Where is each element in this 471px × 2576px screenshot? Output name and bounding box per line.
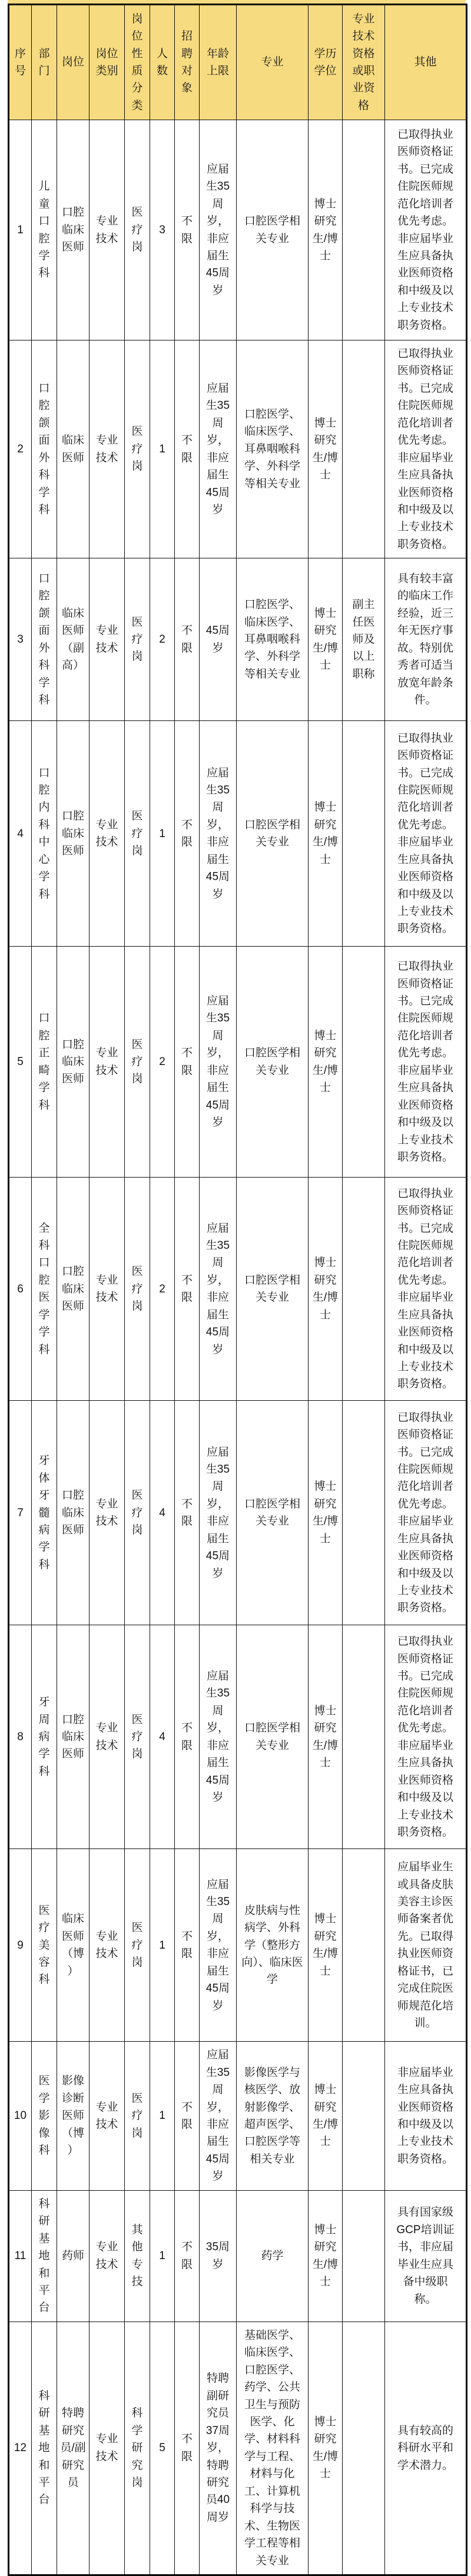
cell-target: 不限: [175, 2322, 200, 2575]
cell-post: 药师: [57, 2190, 89, 2322]
cell-qual: [343, 2042, 385, 2191]
header-cell-nature: 岗位性质分类: [125, 5, 150, 120]
cell-post: 特聘研究员/副研究员: [57, 2322, 89, 2575]
cell-nature: 医疗岗: [125, 721, 150, 947]
cell-dept: 口腔正畸学科: [32, 947, 57, 1178]
cell-dept: 牙周病学科: [32, 1625, 57, 1849]
cell-degree: 博士研究生/博士: [309, 721, 343, 947]
cell-other: 具有国家级GCP培训证书，非应届毕业生应具备中级职称。: [385, 2190, 467, 2322]
cell-major: 口腔医学相关专业: [237, 1625, 309, 1849]
cell-count: 4: [150, 1401, 175, 1625]
cell-dept: 全科口腔医学学科: [32, 1178, 57, 1401]
cell-age: 应届生35周岁，非应届生45周岁: [200, 340, 237, 558]
cell-count: 1: [150, 1849, 175, 2042]
cell-major: 口腔医学、临床医学、耳鼻咽喉科学、外科学等相关专业: [237, 558, 309, 721]
cell-major: 口腔医学相关专业: [237, 721, 309, 947]
cell-post: 口腔临床医师: [57, 947, 89, 1178]
table-row: 1 儿童口腔学科 口腔临床医师 专业技术 医疗岗 3 不限 应届生35周岁，非应…: [9, 120, 467, 340]
cell-nature: 医疗岗: [125, 1401, 150, 1625]
cell-degree: 博士研究生/博士: [309, 340, 343, 558]
cell-nature: 医疗岗: [125, 1849, 150, 2042]
header-cell-dept: 部门: [32, 5, 57, 120]
cell-post: 临床医师: [57, 340, 89, 558]
cell-other: 已取得执业医师资格证书。已完成住院医师规范化培训者优先考虑。非应届毕业生应具备执…: [385, 120, 467, 340]
table-row: 5 口腔正畸学科 口腔临床医师 专业技术 医疗岗 2 不限 应届生35周岁，非应…: [9, 947, 467, 1178]
cell-age: 35周岁: [200, 2190, 237, 2322]
cell-qual: [343, 1625, 385, 1849]
cell-count: 4: [150, 1625, 175, 1849]
cell-category: 专业技术: [89, 2042, 125, 2191]
cell-qual: [343, 2190, 385, 2322]
cell-no: 8: [9, 1625, 32, 1849]
cell-nature: 医疗岗: [125, 947, 150, 1178]
cell-category: 专业技术: [89, 1625, 125, 1849]
cell-nature: 科学研究岗: [125, 2322, 150, 2575]
cell-other: 应届毕业生或具备皮肤美容主诊医师备案者优先。已取得执业医师资格证书，已完成住院医…: [385, 1849, 467, 2042]
cell-target: 不限: [175, 340, 200, 558]
table-row: 3 口腔颌面外科学科 临床医师（副高） 专业技术 医疗岗 2 不限 45周岁 口…: [9, 558, 467, 721]
cell-count: 2: [150, 558, 175, 721]
cell-qual: 副主任医师及以上职称: [343, 558, 385, 721]
cell-age: 应届生35周岁，非应届生45周岁: [200, 1625, 237, 1849]
cell-post: 口腔临床医师: [57, 120, 89, 340]
cell-age: 应届生35周岁，非应届生45周岁: [200, 1401, 237, 1625]
cell-no: 12: [9, 2322, 32, 2575]
cell-category: 专业技术: [89, 558, 125, 721]
cell-post: 影像诊断医师（博）: [57, 2042, 89, 2191]
cell-degree: 博士研究生/博士: [309, 1401, 343, 1625]
cell-age: 应届生35周岁，非应届生45周岁: [200, 721, 237, 947]
cell-qual: [343, 120, 385, 340]
table-row: 12 科研基地和平台 特聘研究员/副研究员 专业技术 科学研究岗 5 不限 特聘…: [9, 2322, 467, 2575]
cell-post: 口腔临床医师: [57, 1401, 89, 1625]
cell-no: 6: [9, 1178, 32, 1401]
cell-category: 专业技术: [89, 1849, 125, 2042]
cell-count: 2: [150, 1178, 175, 1401]
cell-degree: 博士研究生/博士: [309, 120, 343, 340]
recruitment-sheet: 序号 部门 岗位 岗位类别 岗位性质分类 人数 招聘对象 年龄上限 专业 学历学…: [0, 0, 471, 2576]
cell-other: 非应届毕业生应具备执业医师资格和中级及以上专业技术职务资格。: [385, 2042, 467, 2191]
cell-other: 已取得执业医师资格证书。已完成住院医师规范化培训者优先考虑。非应届毕业生应具备执…: [385, 1401, 467, 1625]
table-row: 10 医学影像科 影像诊断医师（博） 专业技术 医疗岗 1 不限 应届生35周岁…: [9, 2042, 467, 2191]
cell-nature: 医疗岗: [125, 2042, 150, 2191]
cell-category: 专业技术: [89, 721, 125, 947]
cell-qual: [343, 1178, 385, 1401]
table-row: 9 医疗美容科 临床医师（博） 专业技术 医疗岗 1 不限 应届生35周岁，非应…: [9, 1849, 467, 2042]
cell-other: 已取得执业医师资格证书。已完成住院医师规范化培训者优先考虑。非应届毕业生应具备执…: [385, 947, 467, 1178]
cell-post: 临床医师（博）: [57, 1849, 89, 2042]
cell-qual: [343, 2322, 385, 2575]
cell-major: 药学: [237, 2190, 309, 2322]
cell-target: 不限: [175, 2042, 200, 2191]
cell-age: 45周岁: [200, 558, 237, 721]
table-row: 2 口腔颌面外科学科 临床医师 专业技术 医疗岗 1 不限 应届生35周岁，非应…: [9, 340, 467, 558]
table-row: 7 牙体牙髓病学科 口腔临床医师 专业技术 医疗岗 4 不限 应届生35周岁，非…: [9, 1401, 467, 1625]
cell-age: 应届生35周岁，非应届生45周岁: [200, 1849, 237, 2042]
cell-major: 口腔医学、临床医学、耳鼻咽喉科学、外科学等相关专业: [237, 340, 309, 558]
table-row: 11 科研基地和平台 药师 专业技术 其他专技 1 不限 35周岁 药学 博士研…: [9, 2190, 467, 2322]
cell-category: 专业技术: [89, 947, 125, 1178]
cell-age: 应届生35周岁，非应届生45周岁: [200, 2042, 237, 2191]
cell-major: 口腔医学相关专业: [237, 120, 309, 340]
header-row: 序号 部门 岗位 岗位类别 岗位性质分类 人数 招聘对象 年龄上限 专业 学历学…: [9, 5, 467, 120]
cell-degree: 博士研究生/博士: [309, 2190, 343, 2322]
cell-nature: 其他专技: [125, 2190, 150, 2322]
cell-age: 特聘副研究员37周岁，特聘研究员40周岁: [200, 2322, 237, 2575]
cell-count: 5: [150, 2322, 175, 2575]
table-body: 1 儿童口腔学科 口腔临床医师 专业技术 医疗岗 3 不限 应届生35周岁，非应…: [9, 120, 467, 2575]
cell-category: 专业技术: [89, 340, 125, 558]
cell-age: 应届生35周岁，非应届生45周岁: [200, 947, 237, 1178]
cell-nature: 医疗岗: [125, 340, 150, 558]
cell-nature: 医疗岗: [125, 1178, 150, 1401]
cell-no: 1: [9, 120, 32, 340]
cell-target: 不限: [175, 1401, 200, 1625]
cell-other: 具有较高的科研水平和学术潜力。: [385, 2322, 467, 2575]
header-cell-qual: 专业技术资格或职业资格: [343, 5, 385, 120]
cell-dept: 医疗美容科: [32, 1849, 57, 2042]
cell-major: 皮肤病与性病学、外科学（整形方向）、临床医学: [237, 1849, 309, 2042]
cell-degree: 博士研究生/博士: [309, 2322, 343, 2575]
cell-major: 影像医学与核医学、放射影像学、超声医学、口腔医学等相关专业: [237, 2042, 309, 2191]
cell-post: 口腔临床医师: [57, 721, 89, 947]
cell-dept: 医学影像科: [32, 2042, 57, 2191]
table-row: 6 全科口腔医学学科 口腔临床医师 专业技术 医疗岗 2 不限 应届生35周岁，…: [9, 1178, 467, 1401]
header-cell-post: 岗位: [57, 5, 89, 120]
cell-count: 1: [150, 340, 175, 558]
cell-degree: 博士研究生/博士: [309, 558, 343, 721]
cell-target: 不限: [175, 558, 200, 721]
cell-major: 口腔医学相关专业: [237, 1401, 309, 1625]
cell-post: 口腔临床医师: [57, 1625, 89, 1849]
cell-degree: 博士研究生/博士: [309, 2042, 343, 2191]
cell-no: 11: [9, 2190, 32, 2322]
cell-dept: 科研基地和平台: [32, 2190, 57, 2322]
cell-degree: 博士研究生/博士: [309, 947, 343, 1178]
cell-target: 不限: [175, 1625, 200, 1849]
cell-count: 1: [150, 2042, 175, 2191]
cell-qual: [343, 1401, 385, 1625]
cell-degree: 博士研究生/博士: [309, 1849, 343, 2042]
cell-dept: 牙体牙髓病学科: [32, 1401, 57, 1625]
cell-count: 1: [150, 721, 175, 947]
cell-post: 口腔临床医师: [57, 1178, 89, 1401]
cell-category: 专业技术: [89, 120, 125, 340]
cell-target: 不限: [175, 1849, 200, 2042]
cell-target: 不限: [175, 1178, 200, 1401]
cell-no: 9: [9, 1849, 32, 2042]
cell-nature: 医疗岗: [125, 120, 150, 340]
header-cell-category: 岗位类别: [89, 5, 125, 120]
cell-no: 5: [9, 947, 32, 1178]
header-cell-age: 年龄上限: [200, 5, 237, 120]
cell-qual: [343, 340, 385, 558]
cell-dept: 口腔颌面外科学科: [32, 340, 57, 558]
header-cell-count: 人数: [150, 5, 175, 120]
cell-dept: 口腔内科中心学科: [32, 721, 57, 947]
table-row: 4 口腔内科中心学科 口腔临床医师 专业技术 医疗岗 1 不限 应届生35周岁，…: [9, 721, 467, 947]
cell-other: 已取得执业医师资格证书。已完成住院医师规范化培训者优先考虑。非应届毕业生应具备执…: [385, 1178, 467, 1401]
header-cell-major: 专业: [237, 5, 309, 120]
cell-major: 基础医学、临床医学、口腔医学、药学、公共卫生与预防医学、化学、材料科学与工程、材…: [237, 2322, 309, 2575]
cell-count: 1: [150, 2190, 175, 2322]
cell-major: 口腔医学相关专业: [237, 947, 309, 1178]
cell-no: 7: [9, 1401, 32, 1625]
cell-other: 已取得执业医师资格证书。已完成住院医师规范化培训者优先考虑。非应届毕业生应具备执…: [385, 721, 467, 947]
cell-qual: [343, 947, 385, 1178]
cell-age: 应届生35周岁，非应届生45周岁: [200, 120, 237, 340]
cell-category: 专业技术: [89, 2190, 125, 2322]
cell-qual: [343, 721, 385, 947]
cell-target: 不限: [175, 721, 200, 947]
cell-count: 2: [150, 947, 175, 1178]
cell-category: 专业技术: [89, 2322, 125, 2575]
header-cell-no: 序号: [9, 5, 32, 120]
cell-degree: 博士研究生/博士: [309, 1625, 343, 1849]
cell-category: 专业技术: [89, 1401, 125, 1625]
cell-dept: 口腔颌面外科学科: [32, 558, 57, 721]
cell-no: 3: [9, 558, 32, 721]
cell-nature: 医疗岗: [125, 1625, 150, 1849]
cell-other: 已取得执业医师资格证书。已完成住院医师规范化培训者优先考虑。非应届毕业生应具备执…: [385, 1625, 467, 1849]
cell-target: 不限: [175, 947, 200, 1178]
cell-dept: 科研基地和平台: [32, 2322, 57, 2575]
cell-qual: [343, 1849, 385, 2042]
cell-nature: 医疗岗: [125, 558, 150, 721]
cell-no: 2: [9, 340, 32, 558]
header-cell-other: 其他: [385, 5, 467, 120]
cell-category: 专业技术: [89, 1178, 125, 1401]
cell-other: 已取得执业医师资格证书。已完成住院医师规范化培训者优先考虑。非应届毕业生应具备执…: [385, 340, 467, 558]
cell-no: 4: [9, 721, 32, 947]
cell-degree: 博士研究生/博士: [309, 1178, 343, 1401]
cell-post: 临床医师（副高）: [57, 558, 89, 721]
cell-major: 口腔医学相关专业: [237, 1178, 309, 1401]
cell-dept: 儿童口腔学科: [32, 120, 57, 340]
header-cell-degree: 学历学位: [309, 5, 343, 120]
table-header: 序号 部门 岗位 岗位类别 岗位性质分类 人数 招聘对象 年龄上限 专业 学历学…: [9, 5, 467, 120]
cell-other: 具有较丰富的临床工作经验，近三年无医疗事故。特别优秀者可适当放宽年龄条件。: [385, 558, 467, 721]
recruitment-table: 序号 部门 岗位 岗位类别 岗位性质分类 人数 招聘对象 年龄上限 专业 学历学…: [8, 4, 467, 2576]
cell-count: 3: [150, 120, 175, 340]
cell-target: 不限: [175, 120, 200, 340]
table-row: 8 牙周病学科 口腔临床医师 专业技术 医疗岗 4 不限 应届生35周岁，非应届…: [9, 1625, 467, 1849]
cell-age: 应届生35周岁，非应届生45周岁: [200, 1178, 237, 1401]
cell-no: 10: [9, 2042, 32, 2191]
header-cell-target: 招聘对象: [175, 5, 200, 120]
cell-target: 不限: [175, 2190, 200, 2322]
